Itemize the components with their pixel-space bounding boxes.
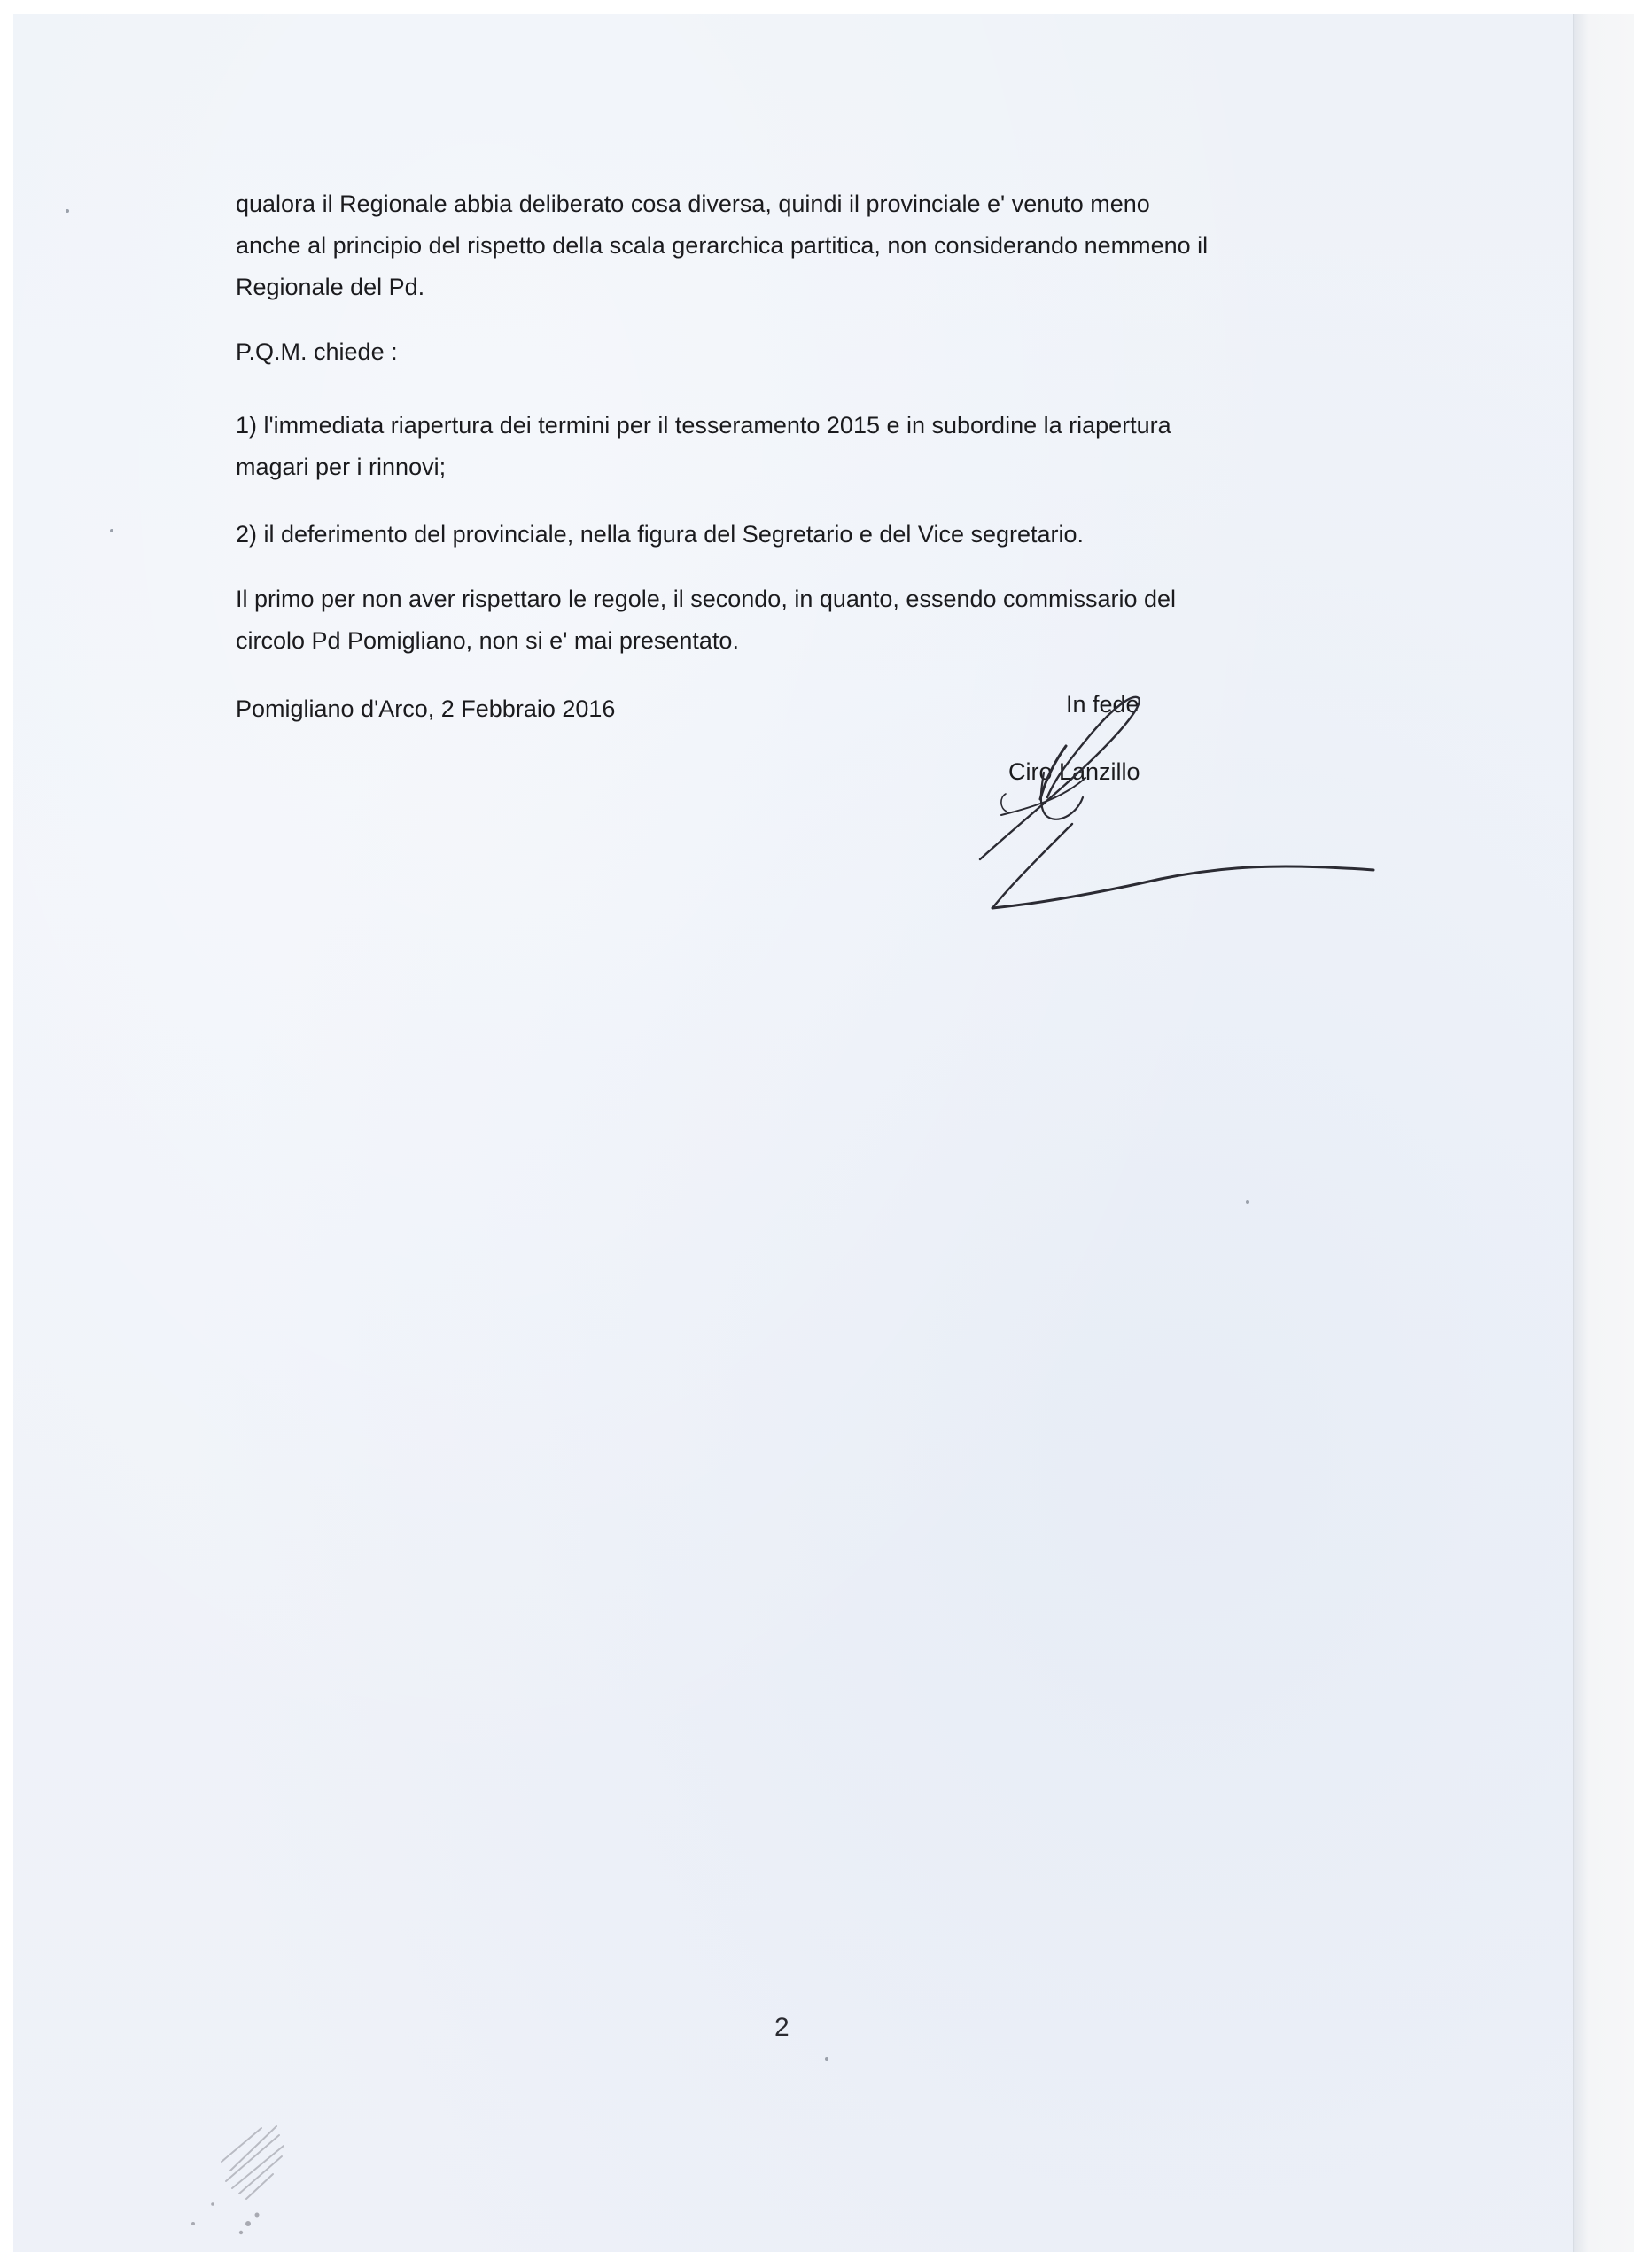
- text-line: circolo Pd Pomigliano, non si e' mai pre…: [236, 620, 1176, 662]
- ink-smudge-icon: [177, 2100, 301, 2241]
- paragraph-request-2: 2) il deferimento del provinciale, nella…: [236, 514, 1084, 555]
- place-date: Pomigliano d'Arco, 2 Febbraio 2016: [236, 688, 615, 730]
- text-line: 1) l'immediata riapertura dei termini pe…: [236, 405, 1171, 447]
- text-line: Il primo per non aver rispettaro le rego…: [236, 579, 1176, 620]
- page-number: 2: [774, 2013, 789, 2043]
- paragraph-explanation: Il primo per non aver rispettaro le rego…: [236, 579, 1176, 662]
- signature-block: In fede Ciro Lanzillo: [957, 673, 1418, 913]
- page-fold-edge: [1573, 14, 1634, 2252]
- text-line: qualora il Regionale abbia deliberato co…: [236, 183, 1208, 225]
- paragraph-continuation: qualora il Regionale abbia deliberato co…: [236, 183, 1208, 308]
- scan-speck: [825, 2057, 828, 2061]
- paragraph-pqm: P.Q.M. chiede :: [236, 331, 398, 373]
- place-date-text: Pomigliano d'Arco, 2 Febbraio 2016: [236, 688, 615, 730]
- text-line: P.Q.M. chiede :: [236, 331, 398, 373]
- paragraph-request-1: 1) l'immediata riapertura dei termini pe…: [236, 405, 1171, 488]
- scan-speck: [110, 529, 113, 532]
- handwritten-signature-icon: [957, 673, 1418, 913]
- text-line: magari per i rinnovi;: [236, 447, 1171, 488]
- text-line: Regionale del Pd.: [236, 267, 1208, 308]
- text-line: 2) il deferimento del provinciale, nella…: [236, 514, 1084, 555]
- text-line: anche al principio del rispetto della sc…: [236, 225, 1208, 267]
- scan-speck: [1246, 1200, 1249, 1204]
- scan-speck: [66, 209, 69, 213]
